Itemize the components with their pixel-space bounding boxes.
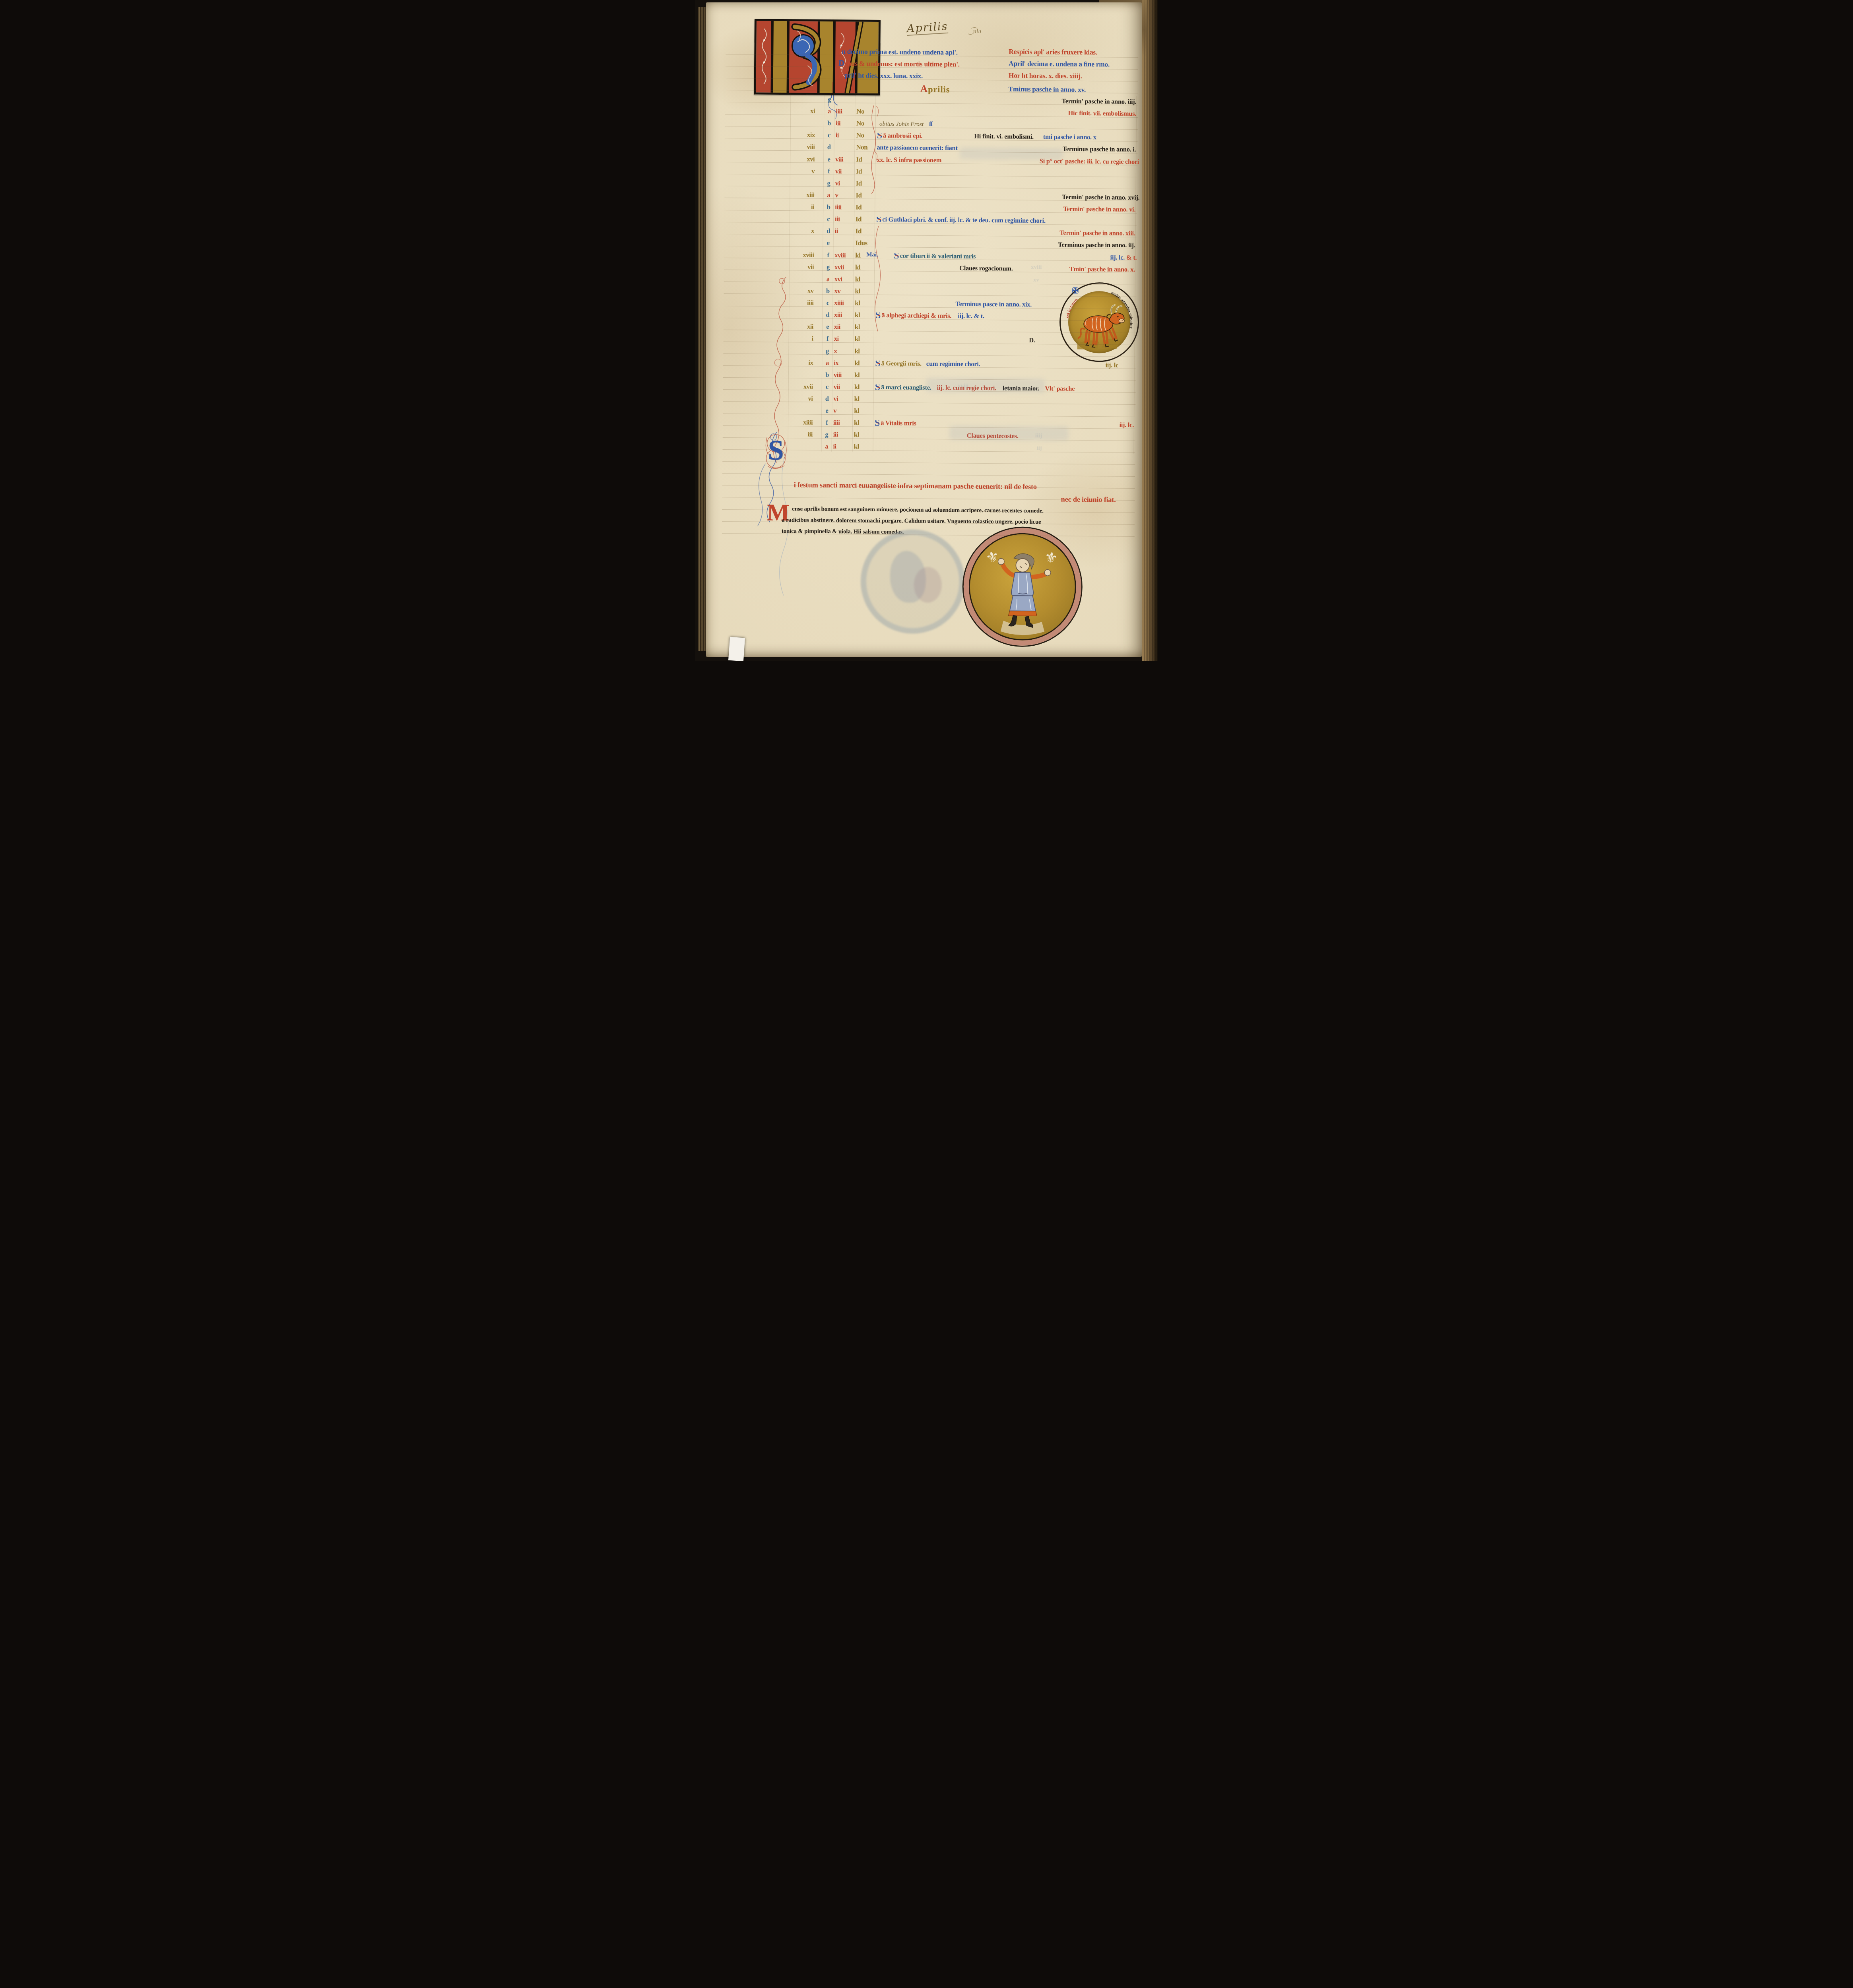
dominical-letter: a	[823, 275, 833, 283]
day-numeral: v	[833, 407, 836, 415]
dominical-letter: e	[822, 407, 832, 415]
golden-number: xviii	[789, 251, 814, 259]
kalendar-marker: Id	[856, 227, 861, 235]
calendar-row: xviiifxviiiklMai.Scor tiburcii & valeria…	[706, 250, 1140, 264]
dominical-letter: g	[825, 95, 834, 103]
feast-entry: ā alphegi archiepi & mris.	[881, 311, 951, 319]
ghost-figure-shape-2	[914, 567, 942, 603]
feast-entry: Terminus pasce in anno. xix.	[955, 300, 1032, 309]
day-numeral: xii	[834, 323, 840, 331]
day-numeral: vii	[834, 383, 840, 391]
kalendar-marker: Id	[856, 204, 861, 212]
ghost-text-blob	[959, 148, 1063, 160]
margin-note: iij. lc. & t.	[1110, 253, 1137, 262]
dominical-letter: c	[823, 299, 832, 307]
kalendar-marker: kl	[855, 263, 860, 271]
margin-note-seg: Termin' pasche in anno. xiii.	[1059, 229, 1135, 237]
dominical-letter: c	[823, 383, 832, 391]
kalendar-marker: Id	[856, 155, 862, 163]
paraph-initial: S	[877, 133, 882, 138]
kalendar-marker: kl	[854, 359, 860, 367]
dominical-letter: b	[825, 119, 834, 127]
day-numeral: xvi	[834, 275, 842, 283]
ghost-numeral: xv	[1033, 277, 1039, 283]
kalendar-marker: Id	[856, 167, 862, 175]
feast-entry: Claues rogacionum.	[959, 264, 1013, 272]
kalendar-marker: Idus	[855, 239, 867, 247]
margin-note: D.	[1029, 336, 1035, 344]
golden-number: x	[790, 227, 814, 235]
dominical-letter: f	[823, 251, 833, 259]
dominical-letter: a	[823, 359, 832, 367]
day-numeral: iii	[833, 431, 838, 439]
kalendar-marker: kl	[854, 395, 859, 403]
kl-monogram-art	[756, 21, 879, 93]
day-numeral: ii	[833, 443, 836, 451]
calendar-row: vidvikl	[706, 394, 1139, 408]
kalendar-marker: kl	[855, 251, 860, 259]
parchment-page: KL	[706, 2, 1142, 657]
calendar-row: eIdusTerminus pasche in anno. iij.	[706, 238, 1140, 252]
golden-number: iiii	[789, 299, 813, 307]
kalendar-marker: Id	[856, 179, 862, 187]
day-numeral: v	[835, 191, 838, 199]
margin-note: iij. lc	[1105, 361, 1118, 369]
dominical-letter: a	[825, 107, 834, 115]
dominical-letter: f	[822, 419, 832, 427]
kalendar-marker: kl	[855, 299, 860, 307]
dominical-letter: e	[823, 239, 833, 247]
fleur-de-lis-icon: ⚜	[984, 547, 1001, 567]
labor-figure: ⚜ ⚜	[968, 533, 1077, 641]
kalendar-marker: kl	[855, 335, 860, 343]
kalendar-marker: kl	[854, 371, 860, 379]
ghost-stamp-roundel	[860, 529, 965, 634]
golden-number: ii	[790, 203, 814, 211]
calendar-row: bviiikl	[706, 370, 1139, 384]
month-name-display: Aprilis	[920, 83, 950, 95]
golden-number: xi	[790, 107, 815, 115]
month-rest: prilis	[928, 84, 950, 94]
dominical-letter: e	[824, 155, 834, 163]
verse-initial: I	[838, 46, 842, 56]
ruling-line	[722, 473, 1135, 477]
margin-note-seg: iij. lc.	[1119, 421, 1134, 429]
feast-entry: ſſ	[929, 120, 933, 128]
calendar-row: iibiiiiIdTermin' pasche in anno. vi.	[706, 202, 1140, 216]
day-numeral: iiii	[836, 107, 842, 115]
day-numeral: x	[834, 347, 837, 355]
dominical-letter: g	[823, 347, 832, 355]
day-numeral: xiiii	[834, 299, 844, 307]
calendar-row: xixciiNoSā ambrosii epi.Hi finit. vi. em…	[706, 130, 1141, 144]
golden-number: xv	[789, 287, 814, 295]
day-numeral: xv	[834, 287, 841, 295]
feast-entry: ā marci euangliste.	[881, 383, 931, 391]
day-numeral: vii	[835, 167, 842, 175]
labor-roundel: ⚜ ⚜	[963, 528, 1082, 646]
day-numeral: ii	[836, 131, 839, 139]
day-numeral: iiii	[833, 419, 840, 427]
golden-number: xix	[790, 131, 815, 139]
golden-number: ix	[788, 359, 813, 367]
day-numeral: iii	[835, 215, 840, 223]
kalendar-marker: kl	[855, 323, 860, 331]
kalendar-marker: No	[856, 108, 864, 116]
dominical-letter: b	[823, 287, 833, 295]
ghost-numeral: xviii	[1031, 264, 1042, 271]
day-numeral: viii	[835, 155, 843, 163]
dominical-letter: e	[823, 323, 832, 331]
calendar-row: biiiNoobitus Johis Frostſſ	[706, 118, 1141, 132]
calendar-row: xviicviiklSā marci euangliste.iij. lc. c…	[706, 382, 1139, 396]
golden-number: xii	[789, 322, 813, 330]
verse-text: pril' ht dies. xxx. luna. xxix.	[844, 71, 923, 80]
margin-note: iij. lc.	[1119, 421, 1134, 429]
month-cursive-title: Aprilis	[906, 20, 948, 35]
margin-note-seg: Termin' pasche in anno. xvij.	[1062, 193, 1139, 202]
golden-number: vi	[788, 394, 813, 402]
margin-note-seg: Terminus pasche in anno. iij.	[1058, 241, 1135, 249]
calendar-row: evkl	[706, 406, 1139, 420]
kalendar-marker: kl	[854, 431, 859, 439]
paraph-initial: S	[875, 313, 881, 318]
margin-note-seg: D.	[1029, 336, 1035, 344]
kalendar-marker: No	[856, 120, 864, 128]
dominical-letter: d	[822, 395, 832, 403]
decorated-initial-s: S	[762, 433, 790, 471]
kalendar-marker: Id	[856, 215, 861, 223]
paraph-initial: S	[876, 217, 881, 222]
paraph-initial: S	[894, 253, 899, 258]
day-numeral: ix	[834, 359, 838, 367]
feast-entry: Vlt' pasche	[1045, 384, 1075, 392]
margin-note-seg: iij. lc	[1105, 361, 1118, 369]
feast-entry: ā Vitalis mris	[881, 419, 916, 427]
taurus-roundel: sol in tauro. maius agendea minatur ✠	[1059, 282, 1139, 363]
month-initial: A	[920, 83, 928, 95]
dominical-letter: c	[825, 131, 834, 139]
paraph-initial: S	[875, 384, 880, 390]
golden-number: xiiii	[788, 418, 813, 426]
fleur-de-lis-icon: ⚜	[1043, 549, 1059, 568]
calendar-table: gTermin' pasche in anno. iiij.xiaiiiiNoH…	[706, 2, 1142, 6]
cursive-pen-trial: ‿͡ıılıı	[968, 27, 982, 35]
dominical-letter: d	[824, 143, 834, 151]
dominical-letter: f	[823, 335, 832, 343]
golden-number: viii	[790, 143, 815, 151]
day-numeral: xi	[834, 335, 839, 343]
feast-entry: cor tiburcii & valeriani mris	[900, 252, 976, 260]
golden-number: vii	[789, 263, 814, 271]
dominical-letter: a	[824, 191, 833, 199]
feast-entry: cum regimine chori.	[926, 360, 980, 368]
kalendar-marker: Id	[856, 191, 861, 199]
golden-number: xvi	[790, 155, 815, 163]
day-numeral: iii	[836, 119, 840, 127]
kalendar-marker: kl	[854, 383, 860, 391]
kalendar-marker: Non	[856, 144, 867, 151]
golden-number: xvii	[788, 382, 813, 390]
feast-entry: Hi finit. vi. embolismi.	[974, 132, 1034, 140]
white-paper-slip	[728, 637, 745, 661]
feast-entry: ā Georgii mris.	[881, 359, 922, 367]
calendar-row: vfviiId	[706, 166, 1141, 180]
kl-monogram-initial: KL	[754, 19, 880, 95]
kalendar-marker: kl	[855, 275, 860, 283]
feast-entry: ante passionem euenerit: fiant	[877, 144, 957, 152]
golden-number: v	[790, 167, 815, 175]
page-content: KL	[706, 2, 1142, 657]
dominical-letter: g	[823, 263, 833, 271]
verse-right: Respicis apl' aries fruxere klas.	[1009, 48, 1097, 57]
day-numeral: xvii	[834, 263, 844, 271]
margin-note-seg: Tmin' pasche in anno. x.	[1069, 265, 1135, 273]
day-numeral: iiii	[835, 203, 842, 211]
kalendar-marker: kl	[855, 311, 860, 319]
dominical-letter: d	[823, 311, 832, 319]
may-label: Mai.	[866, 251, 878, 258]
golden-number: i	[789, 335, 813, 343]
ruling-lines	[706, 2, 1142, 6]
book-fore-edge	[1142, 0, 1158, 661]
day-numeral: vi	[833, 395, 838, 403]
calendar-row: ciiiIdSci Guthlaci pbri. & conf. iij. lc…	[706, 214, 1140, 228]
kalendar-marker: kl	[855, 287, 860, 295]
dominical-letter: a	[822, 443, 831, 450]
computus-verse-block: In decimo prima est. undeno undena apl'.…	[706, 2, 1142, 6]
manuscript-photo: KL	[695, 0, 1158, 661]
calendar-row: xiaiiiiNoHic finit. vii. embolismus.	[706, 107, 1141, 120]
ghost-numeral: iij	[1036, 445, 1042, 452]
margin-note-seg: Termin' pasche in anno. vi.	[1063, 205, 1135, 213]
margin-note-seg: Terminus pasche in anno. i.	[1063, 145, 1136, 153]
feast-entry: obitus Johis Frost	[879, 121, 924, 128]
verse-initial: A	[838, 70, 844, 80]
dominical-letter: d	[824, 227, 833, 235]
dominical-letter: g	[824, 179, 834, 187]
book-page-stack-edge	[698, 7, 706, 651]
margin-note-seg: Termin' pasche in anno. iiij.	[1062, 97, 1137, 105]
feast-entry: iij. lc. & t.	[958, 312, 984, 320]
calendar-row: gTermin' pasche in anno. iiij.	[706, 95, 1141, 109]
day-numeral: xiii	[834, 311, 842, 319]
feast-entry: ā ambrosii epi.	[883, 132, 922, 140]
calendar-row: viiidNonante passionem euenerit: fiantTe…	[706, 142, 1141, 156]
calendar-row: xiiiavIdTermin' pasche in anno. xvij.	[706, 190, 1141, 204]
dominical-letter: b	[823, 371, 832, 379]
calendar-row: xdiiIdTermin' pasche in anno. xiii.	[706, 226, 1140, 240]
golden-number: iii	[788, 431, 813, 439]
margin-note-seg: Hic finit. vii. embolismus.	[1068, 109, 1137, 117]
golden-number: xiii	[790, 191, 814, 199]
verse-right: Hor ht horas. x. dies. xiiij.	[1009, 72, 1082, 80]
paraph-initial: S	[875, 361, 880, 366]
kalendar-marker: kl	[854, 347, 860, 355]
calendar-row: gviId	[706, 178, 1141, 192]
feast-entry: tmi pasche i anno. x	[1043, 133, 1096, 141]
kalendar-marker: kl	[854, 419, 859, 427]
kalendar-marker: No	[856, 132, 864, 140]
kalendar-marker: kl	[854, 443, 859, 451]
dominical-letter: f	[824, 167, 834, 175]
calendar-row: xiiiifiiiiklSā Vitalis mrisiij. lc.	[706, 418, 1139, 432]
verse-initial: D	[838, 58, 844, 68]
dominical-letter: g	[822, 431, 832, 439]
regimen-line-2: a radicibus abstinere. dolorem stomachi …	[782, 517, 1041, 526]
dominical-letter: c	[824, 215, 833, 223]
day-numeral: viii	[834, 371, 842, 379]
day-numeral: xviii	[834, 251, 846, 259]
margin-note-seg: iij. lc.	[1110, 253, 1125, 261]
dominical-letter: b	[824, 203, 833, 211]
day-numeral: ii	[835, 227, 838, 235]
verse-right: April' decima e. undena a fine rmo.	[1009, 60, 1110, 69]
kalendar-marker: kl	[854, 407, 859, 415]
calendar-row: viigxviiklClaues rogacionum.Tmin' pasche…	[706, 262, 1140, 276]
paraph-initial: S	[875, 420, 880, 426]
show-through-marks: xviiixvviiiiiiixviiiiiijiij	[706, 2, 1142, 6]
day-numeral: vi	[835, 179, 840, 187]
feast-entry: xx. lc. S infra passionem	[877, 156, 941, 164]
calendar-row: xvieviiiIdxx. lc. S infra passionemSi p°…	[706, 154, 1141, 168]
